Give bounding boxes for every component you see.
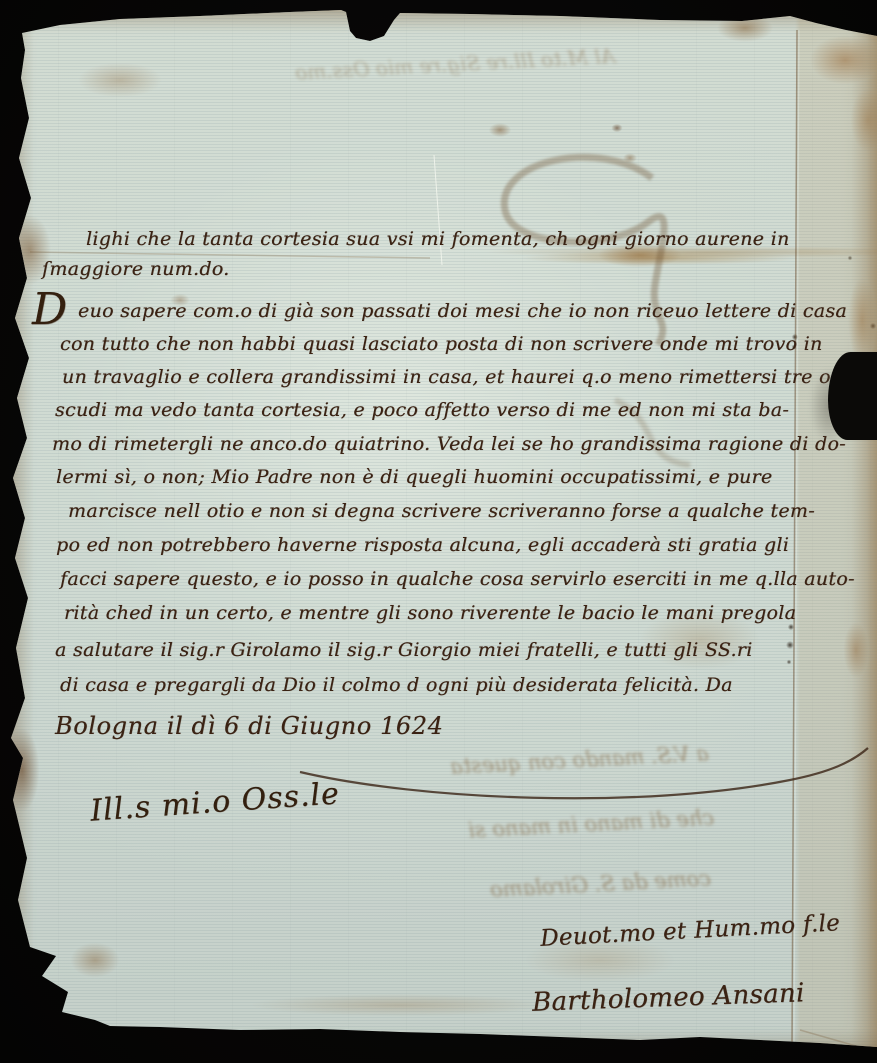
dateline-bologna-1624: Bologna il dì 6 di Giugno 1624 bbox=[55, 712, 443, 740]
verso-text-showthrough: come da S. Girolamo bbox=[490, 866, 712, 902]
vertical-fold-crease bbox=[792, 30, 797, 1048]
torn-hole-right-edge bbox=[828, 352, 877, 440]
browned-paper-edges bbox=[0, 0, 877, 1063]
paraph-flourish: Ill.s mi.o Oss.le bbox=[89, 776, 341, 828]
handwritten-line: facci sapere questo, e io posso in qualc… bbox=[60, 568, 855, 590]
handwritten-line: mo di rimetergli ne anco.do quiatrino. V… bbox=[52, 433, 846, 455]
signature: Bartholomeo Ansani bbox=[532, 978, 806, 1017]
verso-text-showthrough: a V.S. mando con questa bbox=[450, 741, 710, 779]
corner-crease bbox=[800, 1030, 877, 1052]
verso-address-showthrough: Al M.to Ill.re Sig.re mio Oss.mo bbox=[295, 44, 616, 85]
handwritten-line: rità ched in un certo, e mentre gli sono… bbox=[64, 602, 796, 624]
handwritten-line: a salutare il sig.r Girolamo il sig.r Gi… bbox=[55, 639, 753, 661]
valediction: Deuot.mo et Hum.mo f.le bbox=[540, 910, 841, 952]
handwritten-line: scudi ma vedo tanta cortesia, e poco aff… bbox=[55, 399, 789, 421]
handwritten-line: ſmaggiore num.do. bbox=[42, 258, 230, 280]
handwritten-line: lermi sì, o non; Mio Padre non è di queg… bbox=[56, 466, 772, 488]
verso-text-showthrough: che di mano in mano si bbox=[468, 806, 715, 843]
handwritten-line: di casa e pregargli da Dio il colmo d og… bbox=[60, 674, 733, 696]
letter-paper-sheet: Al M.to Ill.re Sig.re mio Oss.mo a V.S. … bbox=[0, 0, 877, 1063]
drop-cap-initial: D bbox=[32, 288, 67, 332]
foxing-stains bbox=[0, 0, 877, 1063]
handwritten-line: marcisce nell otio e non si degna scrive… bbox=[68, 500, 815, 522]
fold-crease-highlight bbox=[794, 30, 799, 1048]
handwritten-line: un travaglio e collera grandissimi in ca… bbox=[62, 366, 877, 388]
crease-and-flourish-overlay bbox=[0, 0, 877, 1063]
handwritten-line: con tutto che non habbi quasi lasciato p… bbox=[60, 333, 823, 355]
manuscript-letter-scan: Al M.to Ill.re Sig.re mio Oss.mo a V.S. … bbox=[0, 0, 877, 1063]
handwritten-line: po ed non potrebbero haverne risposta al… bbox=[56, 534, 789, 556]
handwritten-line: lighi che la tanta cortesia sua vsi mi f… bbox=[86, 228, 789, 250]
handwritten-line: euo sapere com.o di già son passati doi … bbox=[78, 300, 847, 322]
